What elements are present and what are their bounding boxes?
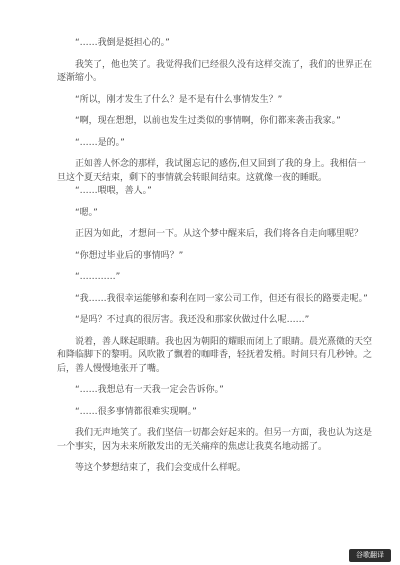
novel-paragraph-dialogue: “你想过毕业后的事情吗？” — [57, 250, 374, 264]
novel-paragraph-dialogue: “嗯。” — [57, 207, 374, 221]
novel-page: “……我倒是挺担心的。”我笑了，他也笑了。我觉得我们已经很久没有这样交流了，我们… — [0, 0, 400, 565]
novel-paragraph-dialogue: “…………” — [57, 271, 374, 285]
novel-paragraph-narration: 正因为如此，才想问一下。从这个梦中醒来后，我们将各自走向哪里呢？ — [57, 228, 374, 242]
novel-paragraph-narration: 我们无声地笑了。我们坚信一切都会好起来的。但另一方面，我也认为这是一个事实，因为… — [57, 427, 374, 454]
novel-paragraph-dialogue: “我……我很幸运能够和泰利在同一家公司工作，但还有很长的路要走呢。” — [57, 293, 374, 307]
novel-paragraph-narration: 我笑了，他也笑了。我觉得我们已经很久没有这样交流了，我们的世界正在逐渐缩小。 — [57, 59, 374, 86]
novel-paragraph-dialogue: “……我想总有一天我一定会告诉你。” — [57, 384, 374, 398]
translate-badge[interactable]: 谷歌翻译 — [349, 549, 391, 562]
novel-text-body: “……我倒是挺担心的。”我笑了，他也笑了。我觉得我们已经很久没有这样交流了，我们… — [0, 0, 400, 476]
novel-paragraph-dialogue: “……我倒是挺担心的。” — [57, 37, 374, 51]
novel-paragraph-dialogue: “……很多事情都很难实现啊。” — [57, 406, 374, 420]
novel-paragraph-narration: 正如善人怀念的那样，我试图忘记的感伤,但又回到了我的身上。我相信一旦这个夏天结束… — [57, 158, 374, 185]
novel-paragraph-dialogue: “啊，现在想想，以前也发生过类似的事情啊，你们都来袭击我家。” — [57, 115, 374, 129]
novel-paragraph-dialogue: “……喂喂，善人。” — [57, 185, 374, 199]
novel-paragraph-dialogue: “所以，刚才发生了什么？是不是有什么事情发生？” — [57, 94, 374, 108]
novel-paragraph-dialogue: “是吗？不过真的很厉害。我还没和那家伙做过什么呢……” — [57, 314, 374, 328]
novel-paragraph-narration: 说着，善人眯起眼睛。我也因为朝阳的耀眼而闭上了眼睛。晨光熹微的天空和降临脚下的黎… — [57, 336, 374, 377]
novel-paragraph-narration: 等这个梦想结束了，我们会变成什么样呢。 — [57, 462, 374, 476]
novel-paragraph-dialogue: “……是的。” — [57, 137, 374, 151]
